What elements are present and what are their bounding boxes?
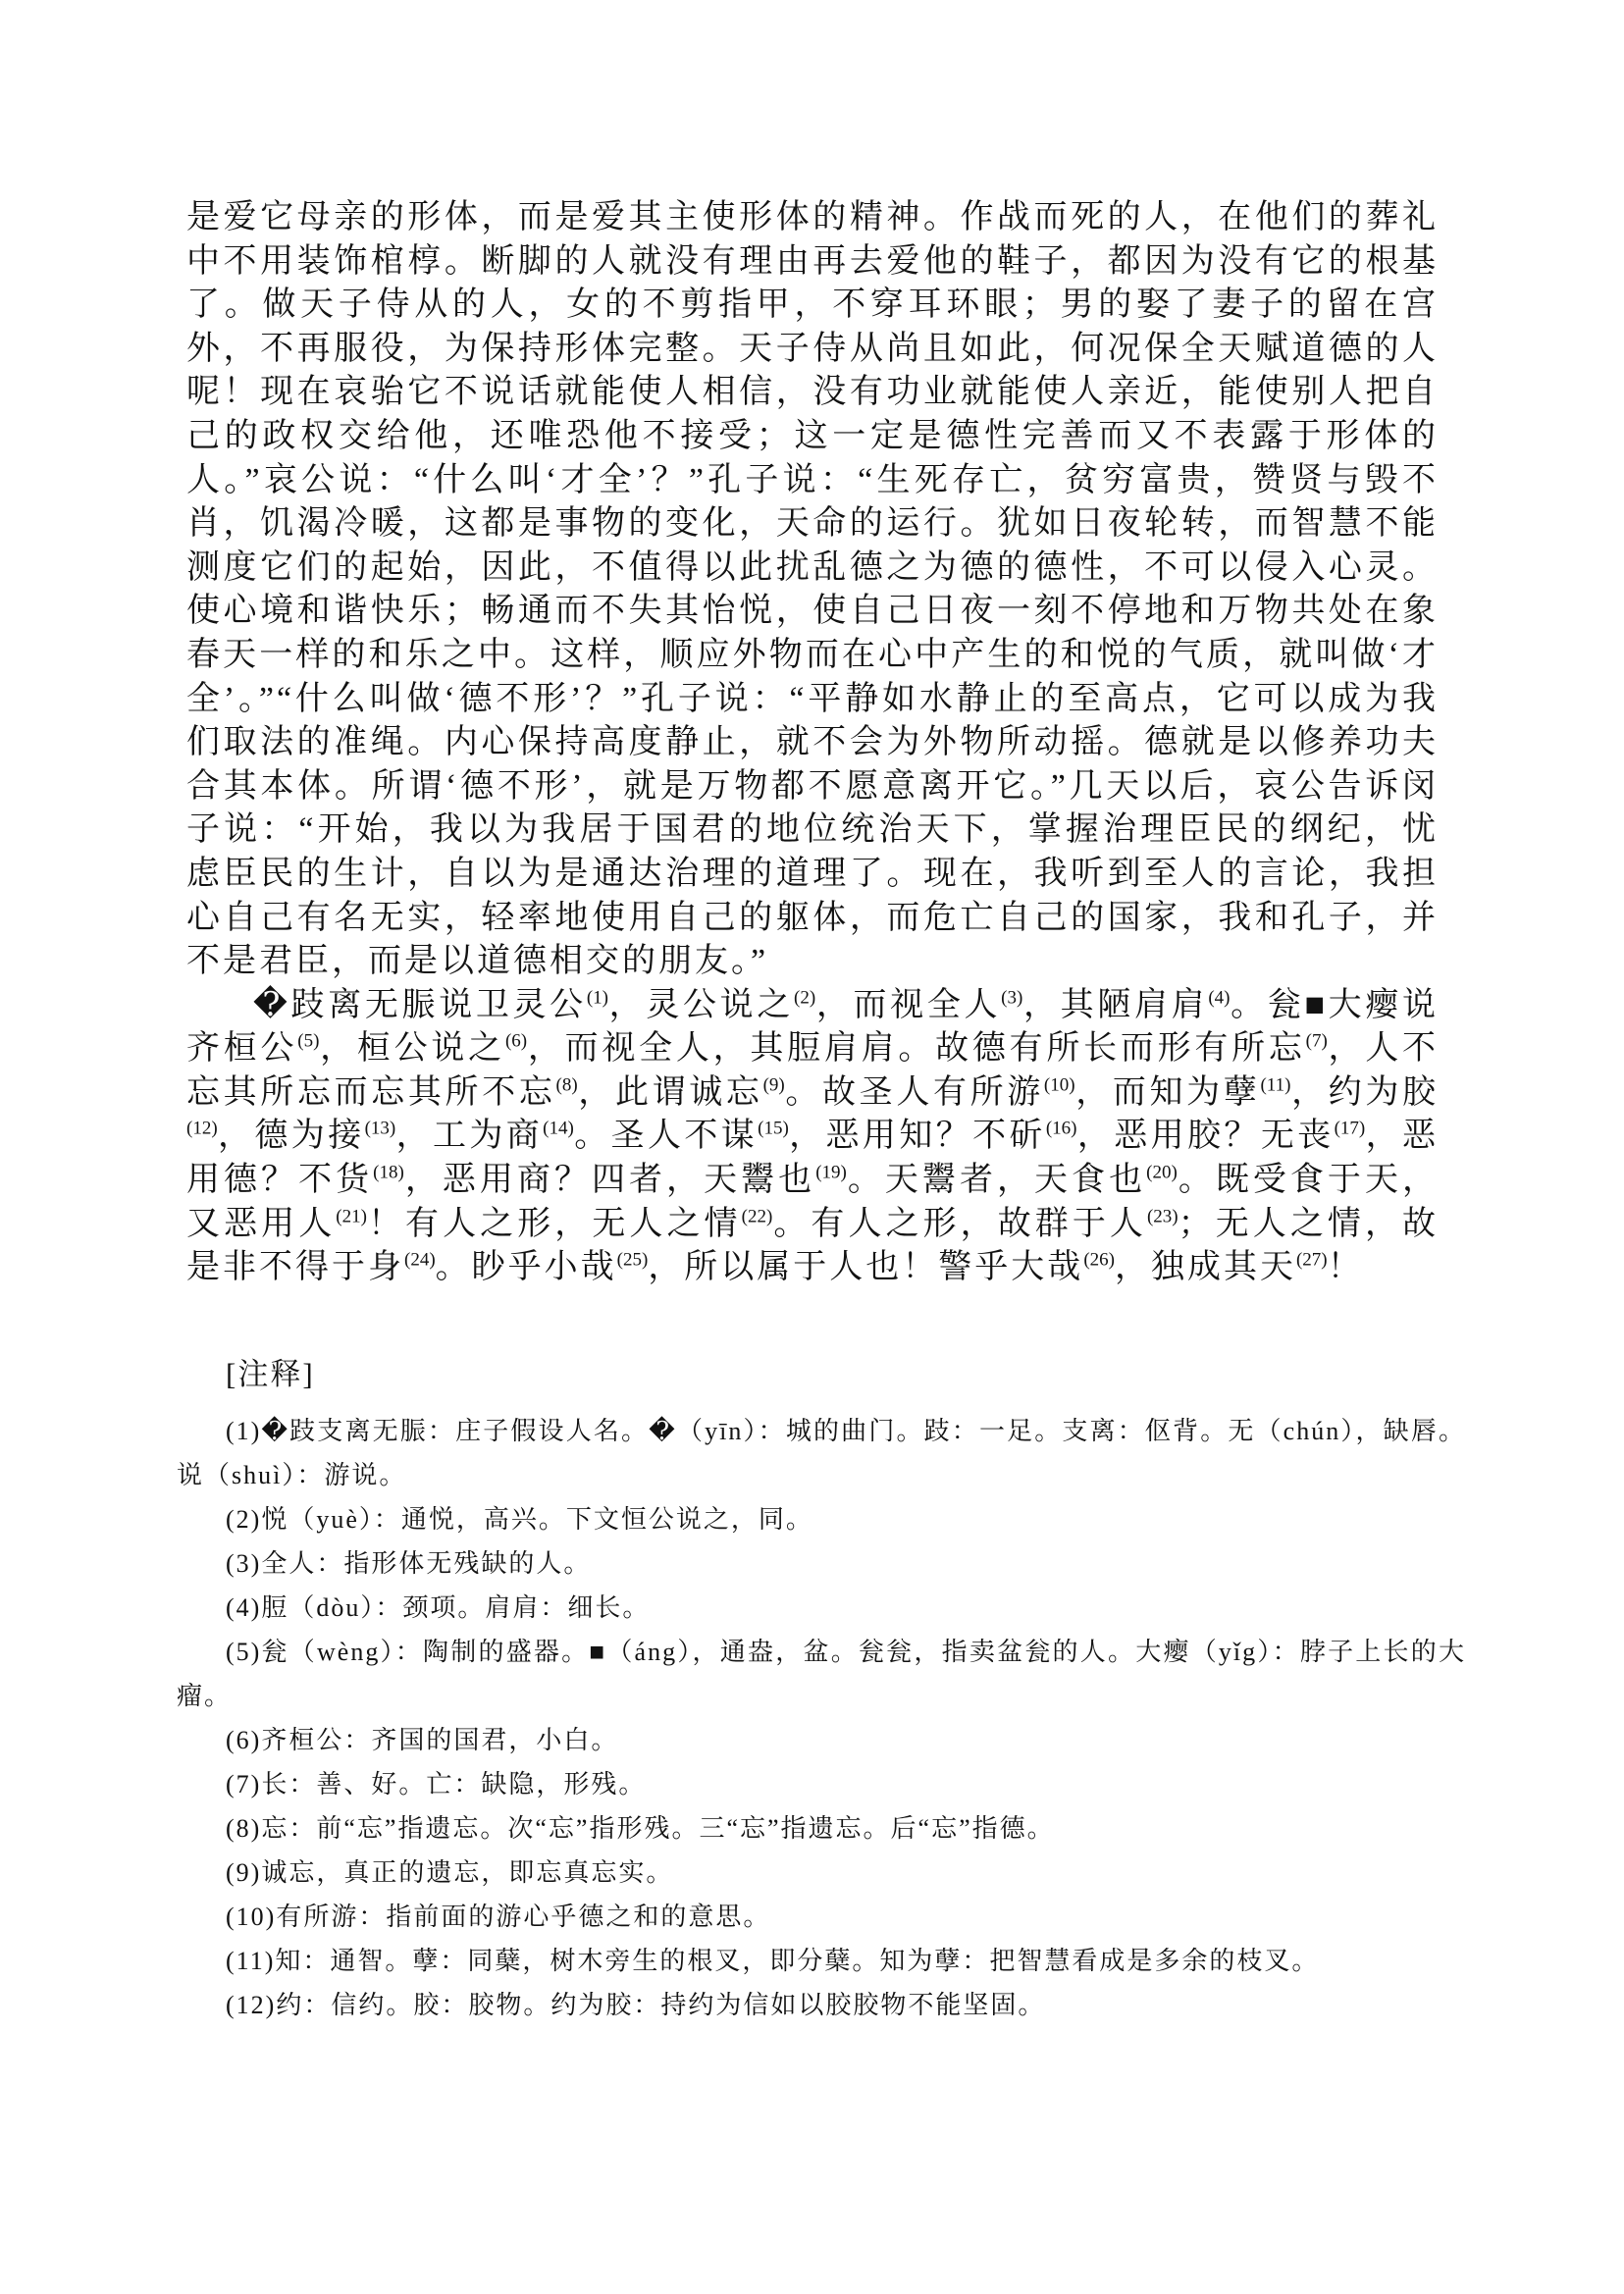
footnote-ref: (20) (1146, 1163, 1178, 1183)
note-item: (9)诚忘，真正的遗忘，即忘真忘实。 (177, 1851, 1466, 1895)
footnote-ref: (17) (1335, 1119, 1366, 1139)
footnote-ref: (27) (1296, 1250, 1328, 1271)
footnote-ref: (10) (1044, 1075, 1075, 1096)
footnote-ref: (4) (1208, 987, 1230, 1008)
document-page: { "main_text": { "paragraph_1": "是爱它母亲的形… (0, 0, 1624, 2294)
footnote-ref: (15) (758, 1119, 789, 1139)
notes-section: [注释] (1)�跂支离无脤：庄子假设人名。�（yīn）：城的曲门。跂：一足。支… (177, 1349, 1466, 2027)
footnote-ref: (16) (1046, 1119, 1077, 1139)
note-item: (8)忘：前“忘”指遗忘。次“忘”指形残。三“忘”指遗忘。后“忘”指德。 (177, 1806, 1466, 1851)
footnote-ref: (21) (336, 1206, 367, 1226)
footnote-ref: (14) (543, 1119, 574, 1139)
note-item: (7)长：善、好。亡：缺隐，形残。 (177, 1762, 1466, 1806)
note-item: (5)瓮（wèng）：陶制的盛器。■（áng），通盎，盆。瓮瓮，指卖盆瓮的人。大… (177, 1630, 1466, 1718)
footnote-ref: (12) (186, 1119, 218, 1139)
notes-list: (1)�跂支离无脤：庄子假设人名。�（yīn）：城的曲门。跂：一足。支离：伛背。… (177, 1409, 1466, 2027)
footnote-ref: (25) (617, 1250, 649, 1271)
notes-header: [注释] (177, 1349, 1466, 1393)
footnote-ref: (1) (587, 987, 608, 1008)
footnote-ref: (18) (373, 1163, 404, 1183)
page-content: 是爱它母亲的形体，而是爱其主使形体的精神。作战而死的人，在他们的葬礼中不用装饰棺… (177, 196, 1466, 2027)
note-item: (6)齐桓公：齐国的国君，小白。 (177, 1718, 1466, 1762)
footnote-ref: (2) (794, 987, 815, 1008)
footnote-ref: (24) (404, 1250, 436, 1271)
footnote-ref: (11) (1260, 1075, 1290, 1096)
footnote-ref: (6) (505, 1031, 527, 1052)
note-item: (2)悦（yuè）：通悦，高兴。下文恒公说之，同。 (177, 1497, 1466, 1541)
note-item: (4)脰（dòu）：颈项。肩肩：细长。 (177, 1586, 1466, 1630)
footnote-ref: (22) (742, 1206, 773, 1226)
note-item: (12)约：信约。胶：胶物。约为胶：持约为信如以胶胶物不能坚固。 (177, 1983, 1466, 2027)
footnote-ref: (26) (1083, 1250, 1115, 1271)
footnote-ref: (23) (1147, 1206, 1179, 1226)
footnote-ref: (7) (1306, 1031, 1328, 1052)
note-item: (11)知：通智。孽：同蘖，树木旁生的根叉，即分蘖。知为孽：把智慧看成是多余的枝… (177, 1939, 1466, 1983)
footnote-ref: (13) (365, 1119, 396, 1139)
footnote-ref: (19) (815, 1163, 847, 1183)
note-item: (10)有所游：指前面的游心乎德之和的意思。 (177, 1895, 1466, 1939)
translation-paragraph: 是爱它母亲的形体，而是爱其主使形体的精神。作战而死的人，在他们的葬礼中不用装饰棺… (186, 196, 1439, 984)
footnote-ref: (9) (763, 1075, 785, 1096)
note-item: (1)�跂支离无脤：庄子假设人名。�（yīn）：城的曲门。跂：一足。支离：伛背。… (177, 1409, 1466, 1497)
footnote-ref: (5) (297, 1031, 319, 1052)
original-text-paragraph: �跂离无脤说卫灵公(1)，灵公说之(2)，而视全人(3)，其陋肩肩(4)。瓮■大… (186, 984, 1439, 1290)
footnote-ref: (3) (1001, 987, 1022, 1008)
note-item: (3)全人：指形体无残缺的人。 (177, 1541, 1466, 1586)
footnote-ref: (8) (556, 1075, 578, 1096)
